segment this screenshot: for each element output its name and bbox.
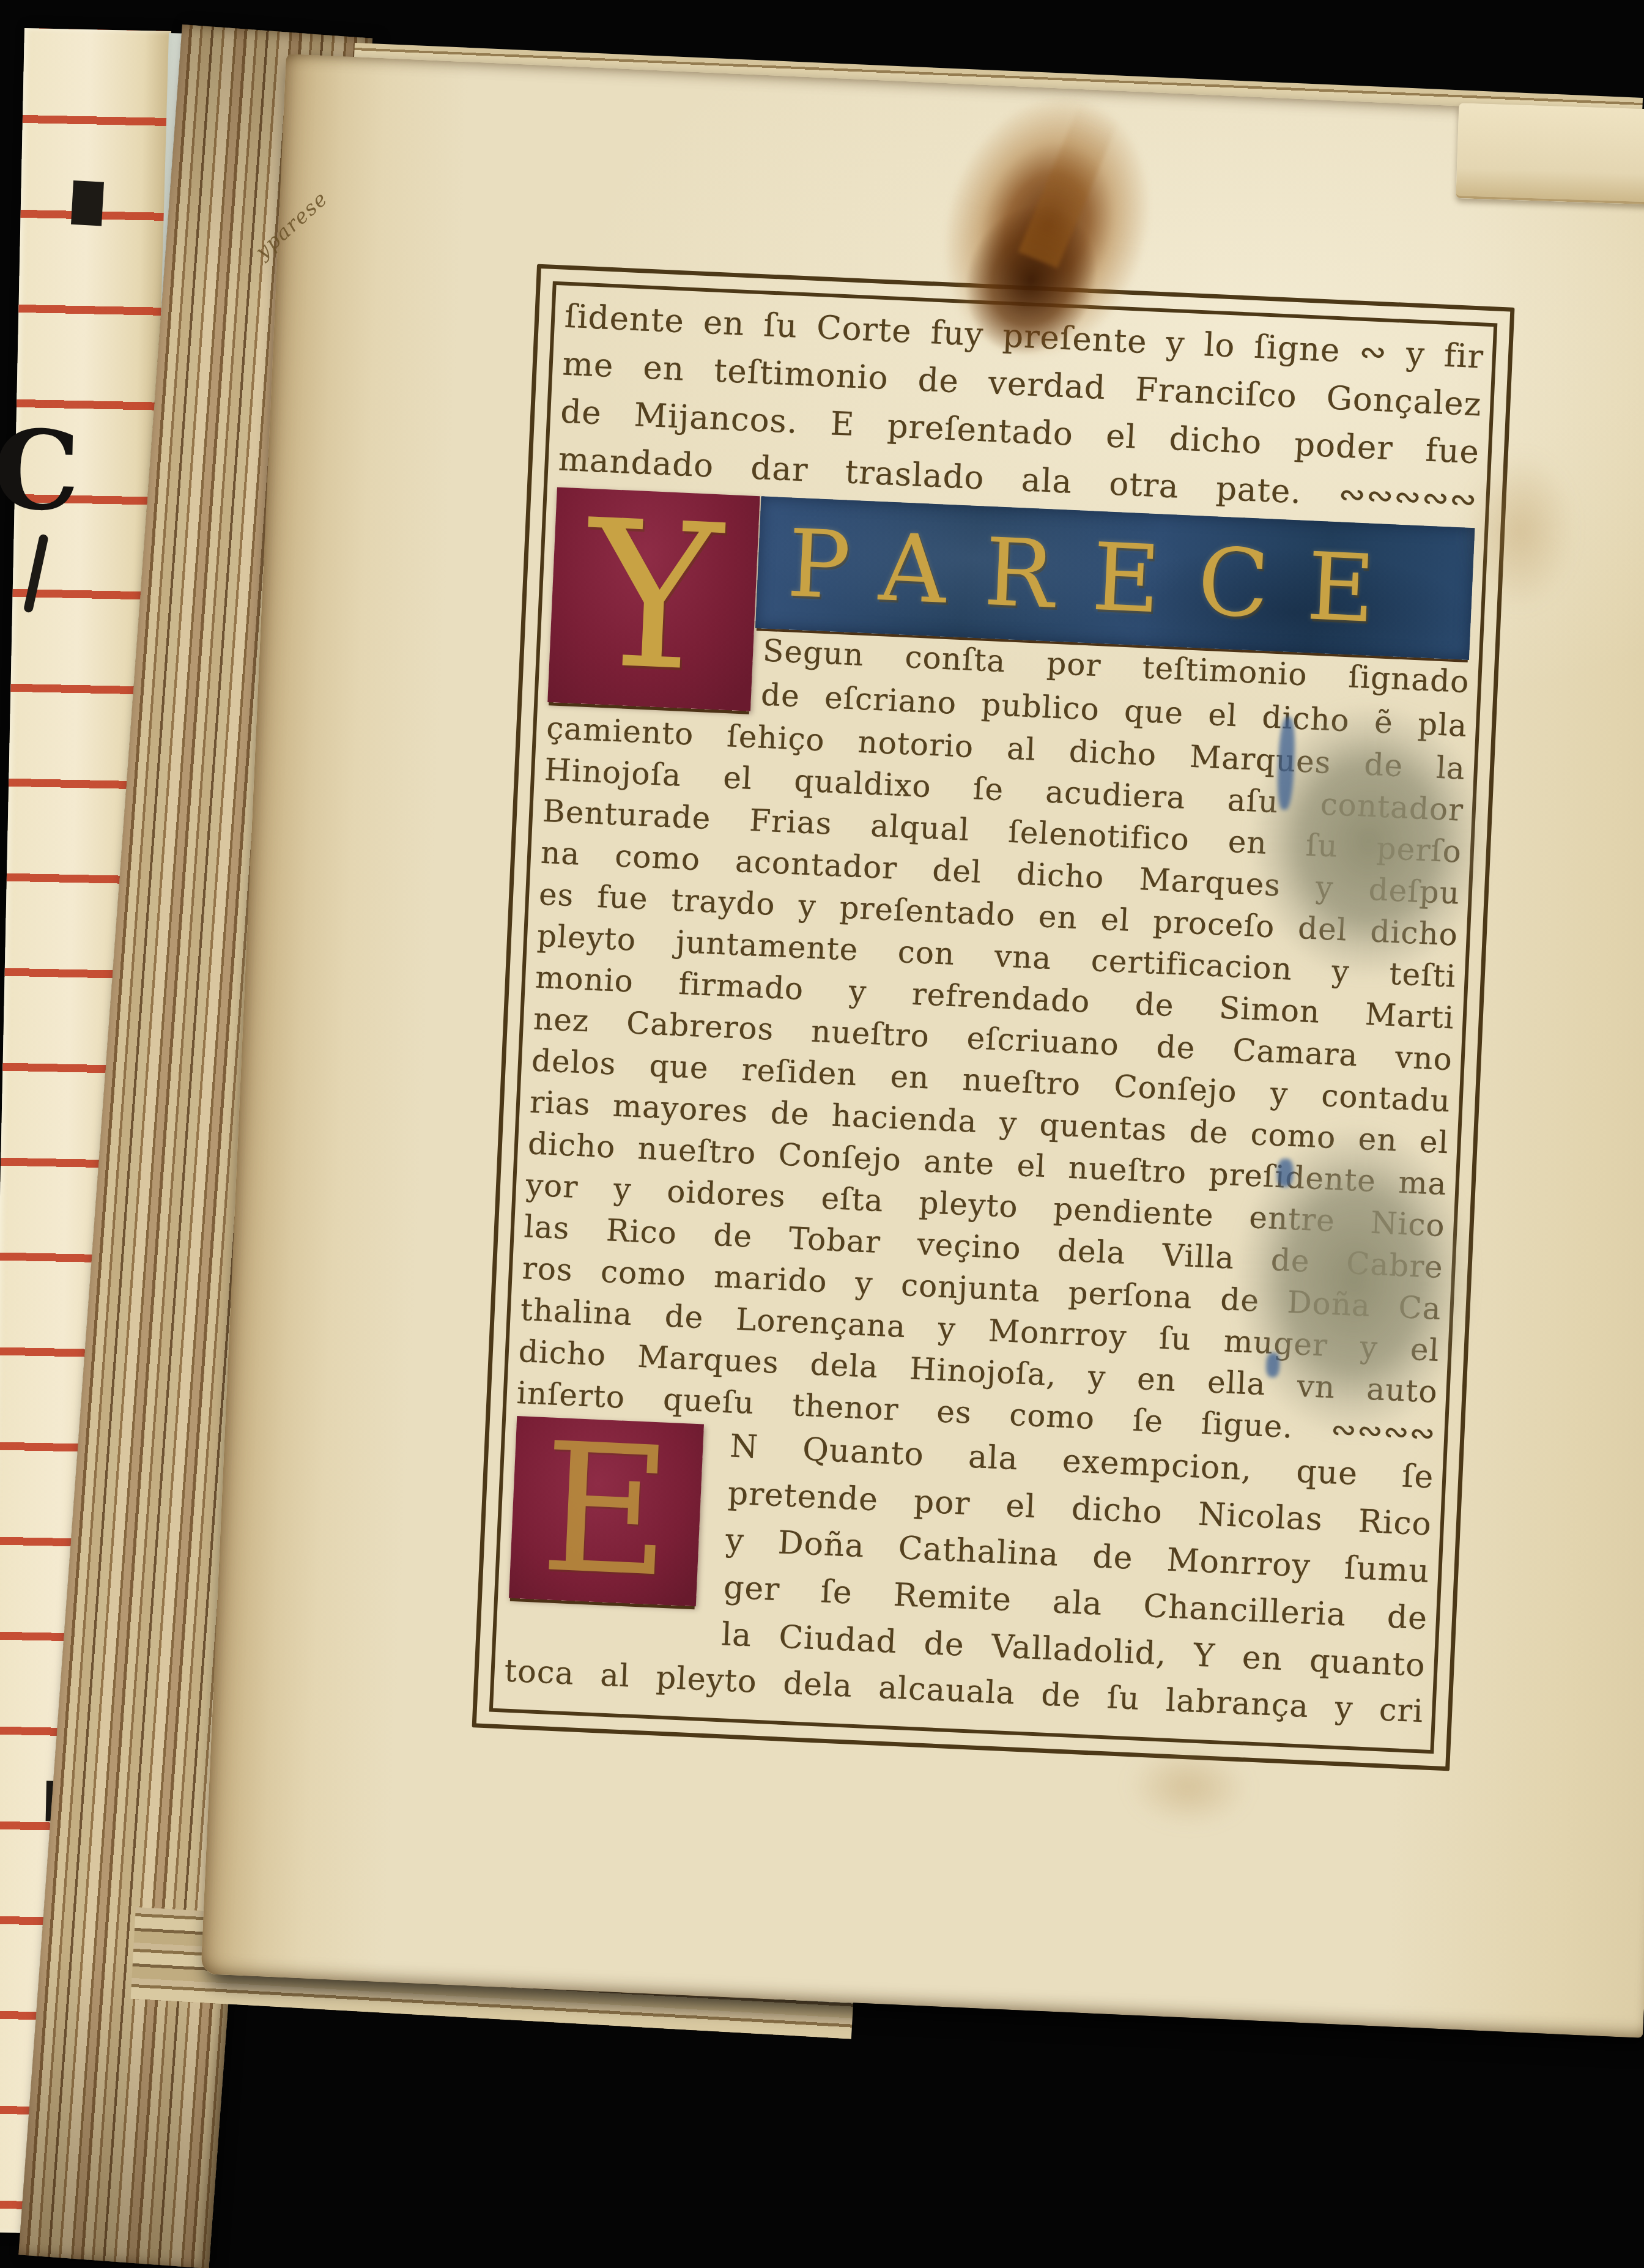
drop-cap-e-section: E N Quanto ala exempcion, que ſe pretend… xyxy=(505,1414,1435,1690)
ruled-border-inner: ſidente en ſu Corte fuy preſente y lo ſi… xyxy=(489,281,1498,1754)
blue-ink-smudge xyxy=(1276,1158,1294,1187)
ruled-border-outer: ſidente en ſu Corte fuy preſente y lo ſi… xyxy=(472,264,1515,1771)
erasure-patch xyxy=(1226,1117,1482,1443)
drop-cap-e: E xyxy=(509,1416,704,1606)
manuscript-page: ſidente en ſu Corte fuy preſente y lo ſi… xyxy=(201,54,1644,2038)
drop-cap-e-block: E xyxy=(509,1416,704,1606)
drop-cap-y-block: Y xyxy=(547,487,760,711)
drop-cap-y: Y xyxy=(548,487,760,706)
photo-backdrop: C ſidente en ſu Corte fuy preſente y lo … xyxy=(0,0,1644,2268)
blue-ink-smudge xyxy=(1265,1352,1280,1377)
page-corner-fold xyxy=(1456,103,1644,207)
fore-edge-black-mark xyxy=(71,180,104,226)
fore-edge-letter: C xyxy=(0,412,92,530)
